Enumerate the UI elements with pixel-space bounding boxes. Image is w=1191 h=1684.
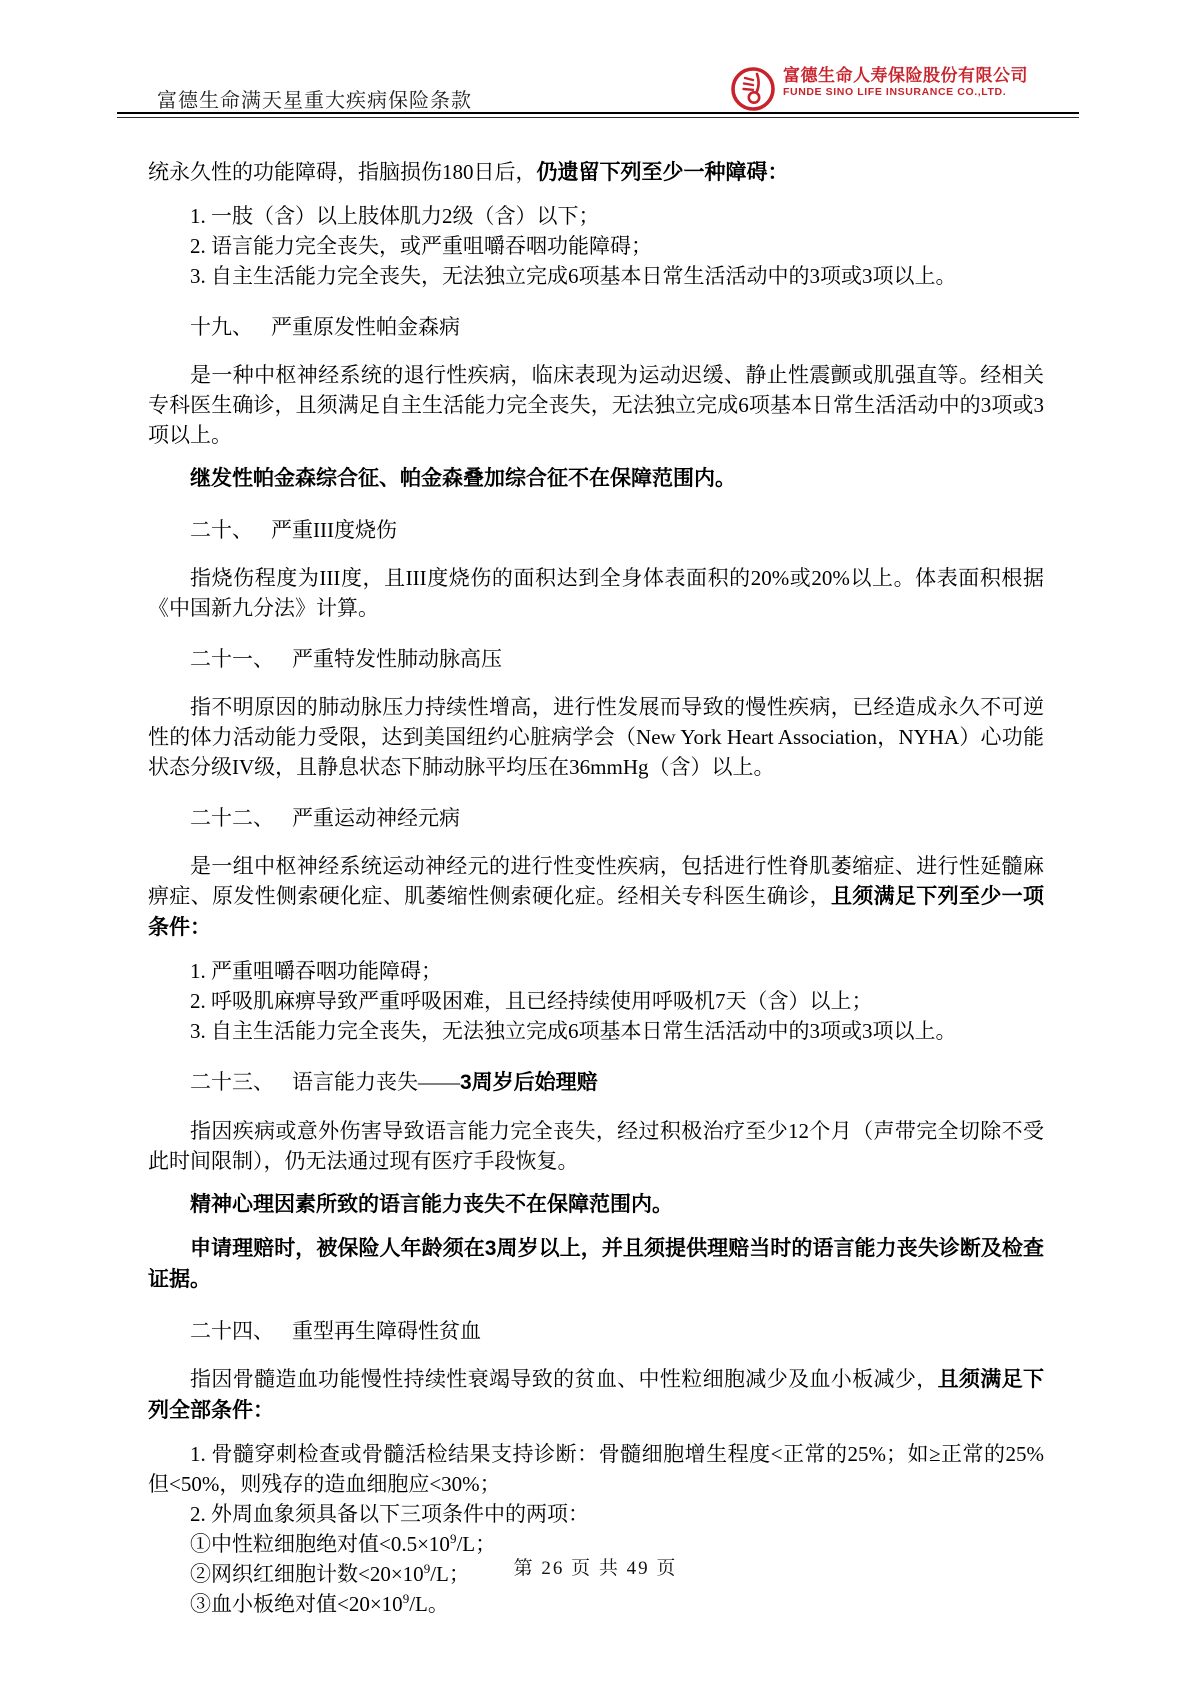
- text-run: 严重特发性肺动脉高压: [292, 647, 502, 671]
- list-item: 2. 语言能力完全丧失，或严重咀嚼吞咽功能障碍；: [148, 231, 1044, 261]
- text-run: 严重III度烧伤: [271, 518, 397, 542]
- paragraph: 精神心理因素所致的语言能力丧失不在保障范围内。: [148, 1189, 1044, 1220]
- paragraph: 指因骨髓造血功能慢性持续性衰竭导致的贫血、中性粒细胞减少及血小板减少，且须满足下…: [148, 1364, 1044, 1426]
- section-heading: 二十四、重型再生障碍性贫血: [148, 1316, 1044, 1346]
- text-run: 严重原发性帕金森病: [271, 315, 460, 339]
- page-footer: 第 26 页 共 49 页: [0, 1553, 1191, 1580]
- company-name-cn: 富德生命人寿保险股份有限公司: [783, 61, 993, 86]
- text-run: 指不明原因的肺动脉压力持续性增高，进行性发展而导致的慢性疾病，已经造成永久不可逆…: [148, 695, 1044, 779]
- paragraph: 申请理赔时，被保险人年龄须在3周岁以上，并且须提供理赔当时的语言能力丧失诊断及检…: [148, 1233, 1044, 1295]
- text-run: 严重运动神经元病: [292, 806, 460, 830]
- list-item: 3. 自主生活能力完全丧失，无法独立完成6项基本日常生活活动中的3项或3项以上。: [148, 261, 1044, 291]
- text-run: 指烧伤程度为III度，且III度烧伤的面积达到全身体表面积的20%或20%以上。…: [148, 566, 1044, 620]
- section-heading: 十九、严重原发性帕金森病: [148, 312, 1044, 342]
- section-heading: 二十二、严重运动神经元病: [148, 803, 1044, 833]
- text-run: 1. 严重咀嚼吞咽功能障碍；: [190, 959, 442, 983]
- text-run: ③血小板绝对值<20×10: [190, 1592, 403, 1616]
- funde-logo-icon: [729, 65, 777, 113]
- list-item: 1. 一肢（含）以上肢体肌力2级（含）以下；: [148, 201, 1044, 231]
- text-run: 十九、: [190, 315, 253, 339]
- text-run: 3. 自主生活能力完全丧失，无法独立完成6项基本日常生活活动中的3项或3项以上。: [190, 264, 957, 288]
- text-run: 二十三、: [190, 1070, 274, 1094]
- text-run: 仍遗留下列至少一种障碍：: [537, 161, 789, 184]
- paragraph: 继发性帕金森综合征、帕金森叠加综合征不在保障范围内。: [148, 463, 1044, 494]
- text-run: 继发性帕金森综合征、帕金森叠加综合征不在保障范围内。: [190, 467, 736, 490]
- text-run: 1. 骨髓穿刺检查或骨髓活检结果支持诊断：骨髓细胞增生程度<正常的25%；如≥正…: [148, 1442, 1044, 1496]
- list-item: 1. 严重咀嚼吞咽功能障碍；: [148, 956, 1044, 986]
- company-logo-block: 富德生命人寿保险股份有限公司 FUNDE SINO LIFE INSURANCE…: [783, 55, 1043, 111]
- text-run: 二十一、: [190, 647, 274, 671]
- company-name-en: FUNDE SINO LIFE INSURANCE CO.,LTD.: [783, 86, 993, 98]
- text-run: 指因疾病或意外伤害导致语言能力完全丧失，经过积极治疗至少12个月（声带完全切除不…: [148, 1119, 1044, 1173]
- text-run: 3. 自主生活能力完全丧失，无法独立完成6项基本日常生活活动中的3项或3项以上。: [190, 1019, 957, 1043]
- text-run: /L。: [409, 1592, 449, 1616]
- list-item: 2. 外周血象须具备以下三项条件中的两项：: [148, 1499, 1044, 1529]
- section-heading: 二十一、严重特发性肺动脉高压: [148, 644, 1044, 674]
- list-item: 1. 骨髓穿刺检查或骨髓活检结果支持诊断：骨髓细胞增生程度<正常的25%；如≥正…: [148, 1439, 1044, 1499]
- text-run: 重型再生障碍性贫血: [292, 1319, 481, 1343]
- text-run: 精神心理因素所致的语言能力丧失不在保障范围内。: [190, 1193, 673, 1216]
- paragraph: 统永久性的功能障碍，指脑损伤180日后，仍遗留下列至少一种障碍：: [148, 157, 1044, 188]
- document-page: 富德生命满天星重大疾病保险条款 富德生命人寿保险股份有限公司 FUNDE SIN…: [0, 0, 1191, 1684]
- text-run: 二十、: [190, 518, 253, 542]
- text-run: 二十四、: [190, 1319, 274, 1343]
- text-run: 3周岁后始理赔: [460, 1071, 598, 1094]
- paragraph: 是一组中枢神经系统运动神经元的进行性变性疾病，包括进行性脊肌萎缩症、进行性延髓麻…: [148, 851, 1044, 943]
- text-run: 是一种中枢神经系统的退行性疾病，临床表现为运动迟缓、静止性震颤或肌强直等。经相关…: [148, 363, 1044, 447]
- header-divider: [117, 112, 1079, 118]
- text-run: 2. 外周血象须具备以下三项条件中的两项：: [190, 1502, 589, 1526]
- text-run: 1. 一肢（含）以上肢体肌力2级（含）以下；: [190, 204, 600, 228]
- page-number: 第 26 页 共 49 页: [514, 1558, 678, 1579]
- text-run: 申请理赔时，被保险人年龄须在3周岁以上，并且须提供理赔当时的语言能力丧失诊断及检…: [148, 1237, 1044, 1291]
- paragraph: 指烧伤程度为III度，且III度烧伤的面积达到全身体表面积的20%或20%以上。…: [148, 563, 1044, 623]
- text-run: 指因骨髓造血功能慢性持续性衰竭导致的贫血、中性粒细胞减少及血小板减少，: [190, 1367, 938, 1391]
- text-run: 2. 语言能力完全丧失，或严重咀嚼吞咽功能障碍；: [190, 234, 652, 258]
- text-run: 2. 呼吸肌麻痹导致严重呼吸困难，且已经持续使用呼吸机7天（含）以上；: [190, 989, 873, 1013]
- section-heading: 二十、严重III度烧伤: [148, 515, 1044, 545]
- paragraph: 指不明原因的肺动脉压力持续性增高，进行性发展而导致的慢性疾病，已经造成永久不可逆…: [148, 692, 1044, 782]
- text-run: 语言能力丧失——: [292, 1070, 460, 1094]
- paragraph: 指因疾病或意外伤害导致语言能力完全丧失，经过积极治疗至少12个月（声带完全切除不…: [148, 1116, 1044, 1176]
- section-heading: 二十三、语言能力丧失——3周岁后始理赔: [148, 1067, 1044, 1098]
- list-item: 3. 自主生活能力完全丧失，无法独立完成6项基本日常生活活动中的3项或3项以上。: [148, 1016, 1044, 1046]
- text-run: 二十二、: [190, 806, 274, 830]
- sub-list-item: ③血小板绝对值<20×109/L。: [148, 1589, 1044, 1619]
- paragraph: 是一种中枢神经系统的退行性疾病，临床表现为运动迟缓、静止性震颤或肌强直等。经相关…: [148, 360, 1044, 450]
- page-header: 富德生命满天星重大疾病保险条款 富德生命人寿保险股份有限公司 FUNDE SIN…: [0, 0, 1191, 120]
- document-body: 统永久性的功能障碍，指脑损伤180日后，仍遗留下列至少一种障碍：1. 一肢（含）…: [148, 144, 1044, 1619]
- text-run: 统永久性的功能障碍，指脑损伤180日后，: [148, 160, 537, 184]
- document-title: 富德生命满天星重大疾病保险条款: [157, 84, 472, 113]
- list-item: 2. 呼吸肌麻痹导致严重呼吸困难，且已经持续使用呼吸机7天（含）以上；: [148, 986, 1044, 1016]
